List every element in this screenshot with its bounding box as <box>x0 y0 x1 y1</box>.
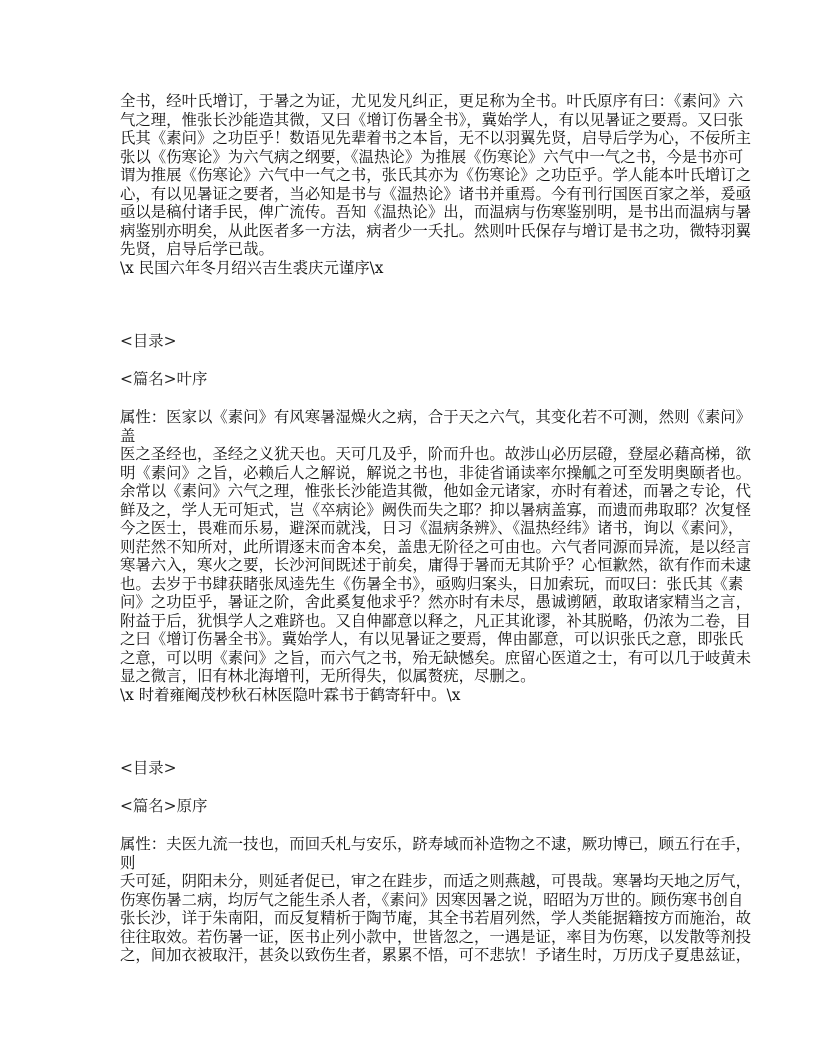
paragraph-line: 全书，经叶氏增订，于暑之为证，尤见发凡纠正，更足称为全书。叶氏原序有曰：《素问》… <box>120 92 700 111</box>
paragraph-line: 夭可延，阴阳未分，则延者促已，审之在跬步，而适之则燕越，可畏哉。寒暑均天地之厉气… <box>120 872 700 891</box>
paragraph-line: 附益于后，犹惧学人之难跻也。又自伸鄙意以释之，凡正其讹谬，补其脱略，仍浓为二卷，… <box>120 612 700 631</box>
paragraph-line: 病鉴别亦明矣，从此医者多一方法，病者少一夭扎。然则叶氏保存与增订是书之功，微特羽… <box>120 222 700 241</box>
paragraph-line: 鲜及之，学人无可矩式，岂《卒病论》阙佚而失之耶？抑以暑病盖寡，而遗而弗取耶？次复… <box>120 501 700 520</box>
chapter-title: <篇名>原序 <box>120 797 700 816</box>
paragraph-line: 张长沙，详于朱南阳，而反复精析于陶节庵，其全书若眉列然，学人类能据籍按方而施治，… <box>120 909 700 928</box>
spacer <box>120 816 700 836</box>
toc-tag: <目录> <box>120 332 700 351</box>
preface-signature: \x 民国六年冬月绍兴吉生裘庆元谨序\x <box>120 259 700 278</box>
paragraph-line: 也。去岁于书肆获睹张凤逵先生《伤暑全书》，亟购归案头，日加索玩，而叹曰：张氏其《… <box>120 575 700 594</box>
paragraph-line: 氏其《素问》之功臣乎！数语见先辈着书之本旨，无不以羽翼先贤，启导后学为心，不佞所… <box>120 129 700 148</box>
spacer <box>120 389 700 409</box>
attribute-line: 盖 <box>120 427 700 446</box>
chapter-title: <篇名>叶序 <box>120 370 700 389</box>
paragraph-line: 心，有以见暑证之要者，当必知是书与《温热论》诸书并重焉。今有刊行国医百家之举，爰… <box>120 185 700 204</box>
spacer <box>120 351 700 371</box>
spacer <box>120 778 700 798</box>
paragraph-line: 谓为推展《伤寒论》六气中一气之书，张氏其亦为《伤寒论》之功臣乎。学人能本叶氏增订… <box>120 166 700 185</box>
paragraph-line: 之曰《增订伤暑全书》。冀始学人，有以见暑证之要焉，俾由鄙意，可以识张氏之意，即张… <box>120 630 700 649</box>
attribute-line: 属性：医家以《素问》有风寒暑湿燥火之病，合于天之六气，其变化若不可测，然则《素问… <box>120 408 700 427</box>
attribute-line: 则 <box>120 854 700 873</box>
paragraph-line: 医之圣经也，圣经之义犹天也。天可几及乎，阶而升也。故涉山必历层磴，登屋必藉高梯，… <box>120 445 700 464</box>
preface-continuation: 全书，经叶氏增订，于暑之为证，尤见发凡纠正，更足称为全书。叶氏原序有曰：《素问》… <box>120 92 700 277</box>
paragraph-line: 先贤，启导后学已哉。 <box>120 240 700 259</box>
paragraph-line: 伤寒伤暑二病，均厉气之能生杀人者，《素问》因寒因暑之说，昭昭为万世的。顾伤寒书创… <box>120 891 700 910</box>
section-ye-preface: <目录> <篇名>叶序 属性：医家以《素问》有风寒暑湿燥火之病，合于天之六气，其… <box>120 332 700 704</box>
paragraph-line: 余常以《素问》六气之理，惟张长沙能造其微，他如金元诸家，亦时有着述，而暑之专论，… <box>120 482 700 501</box>
toc-tag: <目录> <box>120 759 700 778</box>
section-original-preface: <目录> <篇名>原序 属性：夫医九流一技也，而回夭札与安乐，跻寿域而补造物之不… <box>120 759 700 965</box>
paragraph-line: 之，间加衣被取汗，甚灸以致伤生者，累累不悟，可不悲欤！予诸生时，万历戊子夏患兹证… <box>120 946 700 965</box>
paragraph-line: 寒暑六入，寒火之要，长沙河间既述于前矣，庸得于暑而无其阶乎？心恒歉然，欲有作而未… <box>120 556 700 575</box>
preface-signature: \x 时着雍阉茂杪秋石林医隐叶霖书于鹤寄轩中。\x <box>120 686 700 705</box>
attribute-line: 属性：夫医九流一技也，而回夭札与安乐，跻寿域而补造物之不逮，厥功博已，顾五行在手… <box>120 835 700 854</box>
paragraph-line: 则茫然不知所对，此所谓逐末而舍本矣，盖患无阶径之可由也。六气者同源而异流，是以经… <box>120 538 700 557</box>
paragraph-line: 亟以是稿付诸手民，俾广流传。吾知《温热论》出，而温病与伤寒鉴别明，是书出而温病与… <box>120 203 700 222</box>
paragraph-line: 显之微言，旧有林北海增刊，无所得失，似属赘疣，尽删之。 <box>120 667 700 686</box>
document-page: 全书，经叶氏增订，于暑之为证，尤见发凡纠正，更足称为全书。叶氏原序有曰：《素问》… <box>120 92 700 965</box>
spacer <box>120 704 700 759</box>
paragraph-line: 明《素问》之旨，必赖后人之解说，解说之书也，非徒省诵读率尔操觚之可至发明奥颐者也… <box>120 464 700 483</box>
paragraph-line: 问》之功臣乎，暑证之阶，舍此奚复他求乎？然亦时有未尽，愚诚谫陋，敢取诸家精当之言… <box>120 593 700 612</box>
paragraph-line: 往往取效。若伤暑一证，医书止列小款中，世皆忽之，一遇是证，率目为伤寒，以发散等剂… <box>120 928 700 947</box>
paragraph-line: 之意，可以明《素问》之旨，而六气之书，殆无缺憾矣。庶留心医道之士，有可以几于岐黄… <box>120 649 700 668</box>
paragraph-line: 气之理，惟张长沙能造其微，又曰《增订伤暑全书》，冀始学人，有以见暑证之要焉。又曰… <box>120 111 700 130</box>
spacer <box>120 277 700 332</box>
paragraph-line: 张以《伤寒论》为六气病之纲要，《温热论》为推展《伤寒论》六气中一气之书，今是书亦… <box>120 148 700 167</box>
paragraph-line: 今之医士，畏难而乐易，避深而就浅，日习《温病条辨》、《温热经纬》诸书，询以《素问… <box>120 519 700 538</box>
